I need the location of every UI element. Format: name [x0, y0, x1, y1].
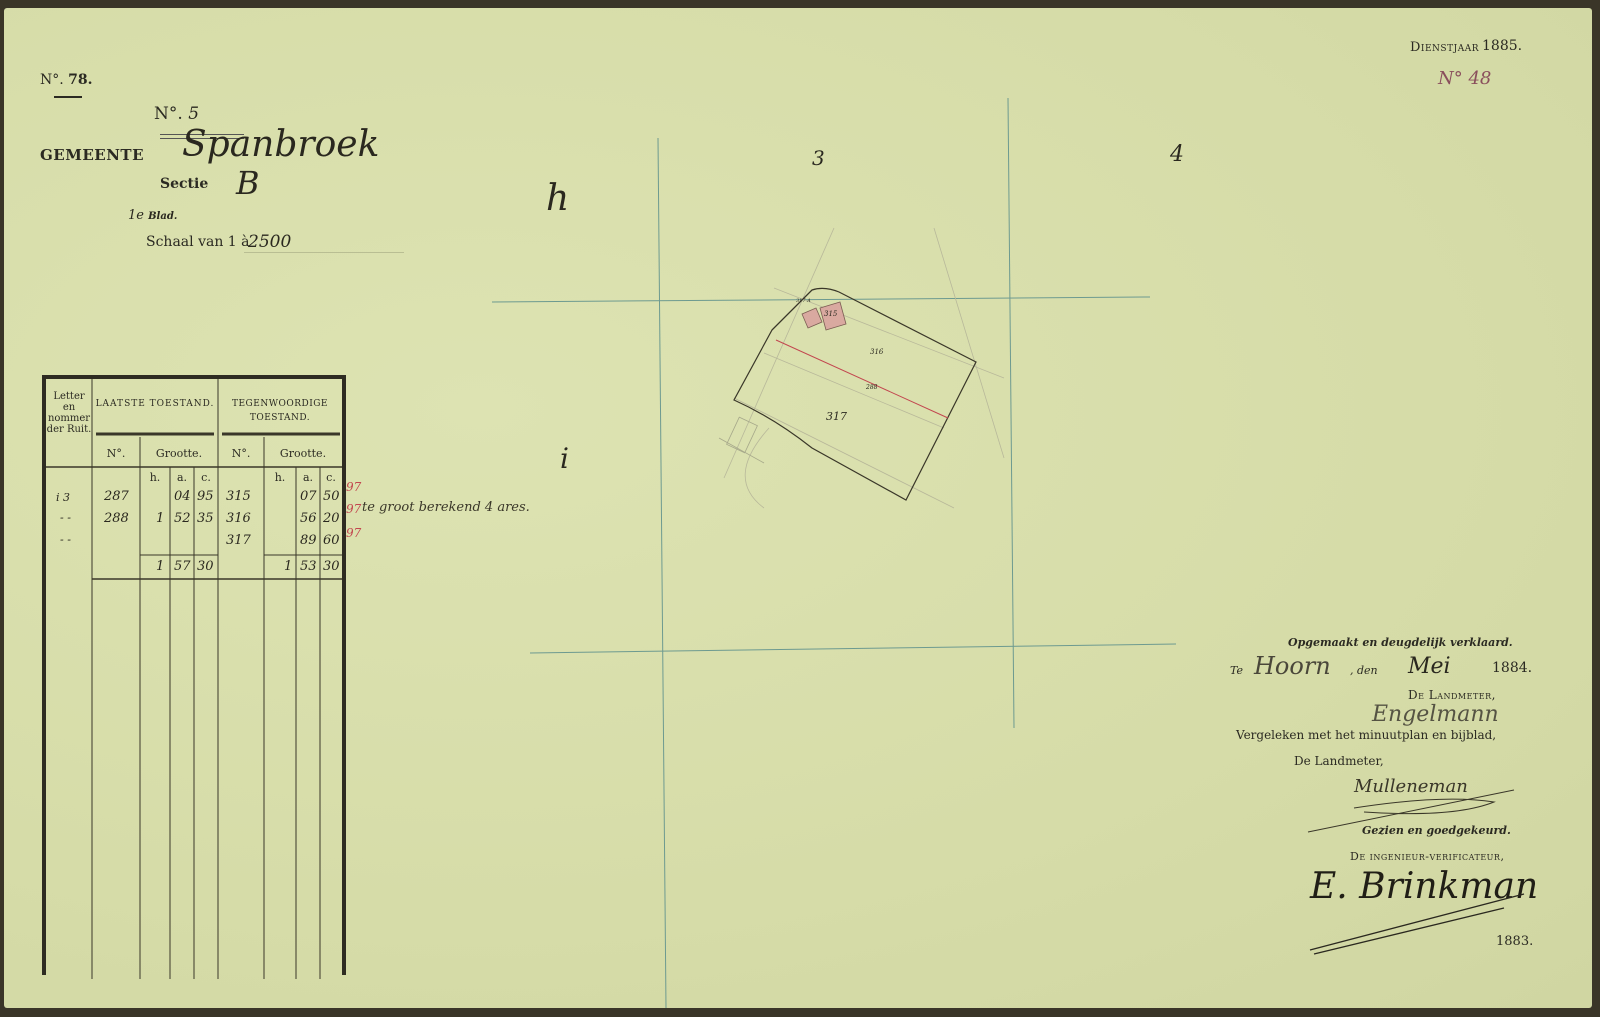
landmeter-signature: Engelmann [1372, 702, 1499, 727]
den-label: , den [1350, 664, 1378, 677]
verification-mark: 97 [346, 502, 361, 516]
parcel-label-315: 315 [824, 310, 837, 318]
parcel-315-building [802, 308, 822, 328]
place-value: Hoorn [1254, 652, 1331, 680]
col-header-new-no: N°. [218, 447, 264, 460]
group-header-new: TEGENWOORDIGE TOESTAND. [220, 397, 340, 425]
year-value: 1884. [1492, 660, 1532, 676]
col-header-old-grootte: Grootte. [140, 447, 218, 460]
verification-mark: 97 [346, 526, 361, 540]
grid-label-3: 3 [812, 146, 825, 170]
parcel-label-288: 288 [866, 384, 877, 391]
col-header-old-no: N°. [92, 447, 140, 460]
month-value: Mei [1408, 654, 1451, 679]
vergeleken-text: Vergeleken met het minuutplan en bijblad… [1236, 728, 1496, 742]
grid-lines [492, 98, 1176, 1008]
unit-c: c. [194, 471, 218, 484]
grid-label-h: h [546, 178, 569, 219]
cadastral-sheet: N°. 78. N°. 5 GEMEENTE Spanbroek Sectie … [4, 8, 1592, 1008]
parcel-label-317a: 317 A [796, 298, 811, 304]
col-header-ruit: Letter en nommer der Ruit. [46, 391, 92, 435]
group-header-old: LAATSTE TOESTAND. [94, 397, 216, 411]
parcel-label-317: 317 [826, 410, 847, 423]
parcel-label-316: 316 [870, 348, 883, 356]
unit-a: a. [170, 471, 194, 484]
opgemaakt-text: Opgemaakt en deugdelijk verklaard. [1288, 636, 1513, 649]
grid-label-4: 4 [1170, 142, 1184, 167]
te-label: Te [1230, 664, 1243, 677]
verificateur-title: De ingenieur-verificateur, [1350, 850, 1504, 863]
gezien-text: Gezien en goedgekeurd. [1362, 824, 1511, 837]
unit-a: a. [296, 471, 320, 484]
landmeter-title: De Landmeter, [1408, 688, 1496, 702]
print-year: 1883. [1496, 934, 1533, 949]
parcel-table: Letter en nommer der Ruit. LAATSTE TOEST… [42, 375, 346, 975]
landmeter2-title: De Landmeter, [1294, 754, 1384, 768]
unit-c: c. [320, 471, 342, 484]
grid-label-i: i [560, 442, 569, 475]
red-division-line [776, 340, 948, 418]
parcel-outline [734, 288, 976, 500]
unit-h: h. [264, 471, 296, 484]
margin-note: te groot berekend 4 ares. [362, 500, 530, 515]
unit-h: h. [140, 471, 170, 484]
verification-mark: 97 [346, 480, 361, 494]
col-header-new-grootte: Grootte. [264, 447, 342, 460]
